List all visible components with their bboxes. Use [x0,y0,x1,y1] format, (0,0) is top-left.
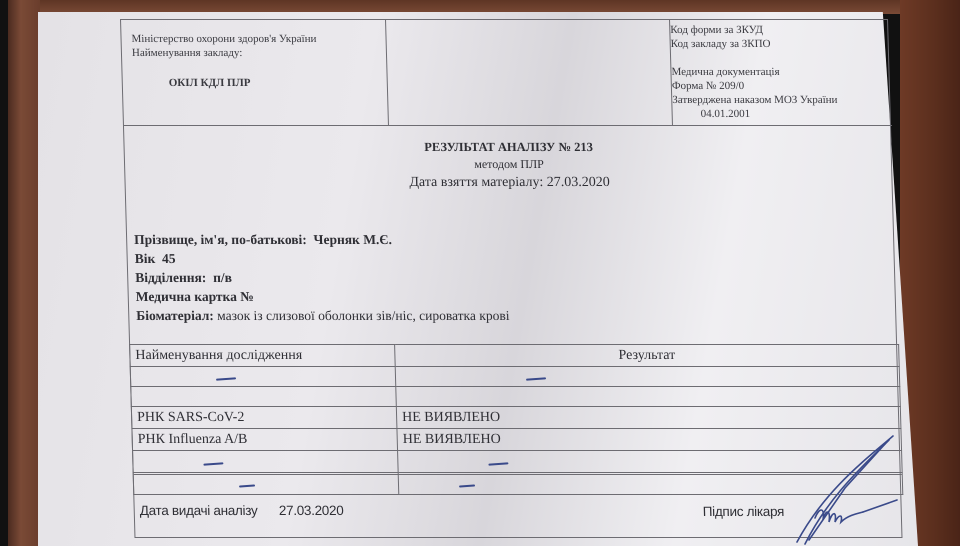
test-cell: РНК Influenza A/B [132,429,398,451]
result-cell [395,367,900,387]
table-row: РНК SARS-CoV-2 НЕ ВИЯВЛЕНО [131,407,901,429]
form-number: Форма № 209/0 [672,79,891,93]
form-codes-block: Код форми за ЗКУД Код закладу за ЗКПО Ме… [669,20,892,126]
column-header-test: Найменування дослідження [130,345,396,367]
biomaterial-label: Біоматеріал: [136,308,214,323]
result-cell: НЕ ВИЯВЛЕНО [396,407,901,429]
test-cell: РНК SARS-CoV-2 [131,407,397,429]
patient-age-line: Вік 45 [134,249,835,268]
test-cell [130,367,396,387]
desk-surface-top [8,0,960,14]
institution-label: Найменування закладу: [132,46,376,60]
column-header-result: Результат [395,345,900,367]
signature-label: Підпис лікаря [703,504,785,519]
institution-block: Міністерство охорони здоров'я України На… [121,20,389,126]
test-cell [131,387,397,407]
result-title-block: РЕЗУЛЬТАТ АНАЛІЗУ № 213 методом ПЛР Дата… [124,138,894,192]
result-heading: РЕЗУЛЬТАТ АНАЛІЗУ № 213 [124,138,893,156]
method-label: методом ПЛР [125,156,893,173]
handwritten-dash-icon [526,377,546,380]
department-label: Відділення: [135,270,207,285]
patient-name-value: Черняк М.Є. [313,232,392,247]
patient-age-value: 45 [162,251,176,266]
ministry-label: Міністерство охорони здоров'я України [131,32,375,46]
patient-name-line: Прізвище, ім'я, по-батькові: Черняк М.Є. [134,230,835,249]
approval-date: 04.01.2001 [672,107,891,121]
patient-info: Прізвище, ім'я, по-батькові: Черняк М.Є.… [134,230,837,325]
result-cell [396,387,901,407]
sample-date-value: 27.03.2020 [547,175,610,190]
department-value: п/в [213,270,232,285]
zkpo-code-label: Код закладу за ЗКПО [671,37,890,51]
biomaterial-value: мазок із слизової оболонки зів/ніс, сиро… [217,308,510,323]
department-line: Відділення: п/в [135,268,836,287]
handwritten-dash-icon [203,462,223,465]
approval-note: Затверджена наказом МОЗ України [672,93,891,107]
zkud-code-label: Код форми за ЗКУД [670,23,889,37]
medical-card-line: Медична картка № [135,287,836,306]
medical-card-label: Медична картка № [136,289,254,304]
issue-date-value: 27.03.2020 [279,503,344,518]
header-blank-cell [386,20,672,126]
doc-type-label: Медична документація [671,65,890,79]
doctor-signature-icon [785,430,905,546]
test-cell [133,451,399,473]
patient-name-label: Прізвище, ім'я, по-батькові: [134,232,307,247]
table-row [130,367,900,387]
institution-name: ОКІЛ КДЛ ПЛР [169,76,377,90]
sample-date-label: Дата взяття матеріалу: [409,175,543,190]
handwritten-dash-icon [488,462,508,465]
patient-age-label: Вік [134,251,155,266]
biomaterial-line: Біоматеріал: мазок із слизової оболонки … [136,306,837,325]
table-row [131,387,901,407]
results-header-row: Найменування дослідження Результат [130,345,900,367]
issue-date-label: Дата видачі аналізу [140,503,258,518]
issue-date-line: Дата видачі аналізу 27.03.2020 [140,503,344,518]
sample-date-line: Дата взяття матеріалу: 27.03.2020 [125,173,894,192]
handwritten-dash-icon [216,377,236,380]
desk-surface-left [8,0,40,546]
